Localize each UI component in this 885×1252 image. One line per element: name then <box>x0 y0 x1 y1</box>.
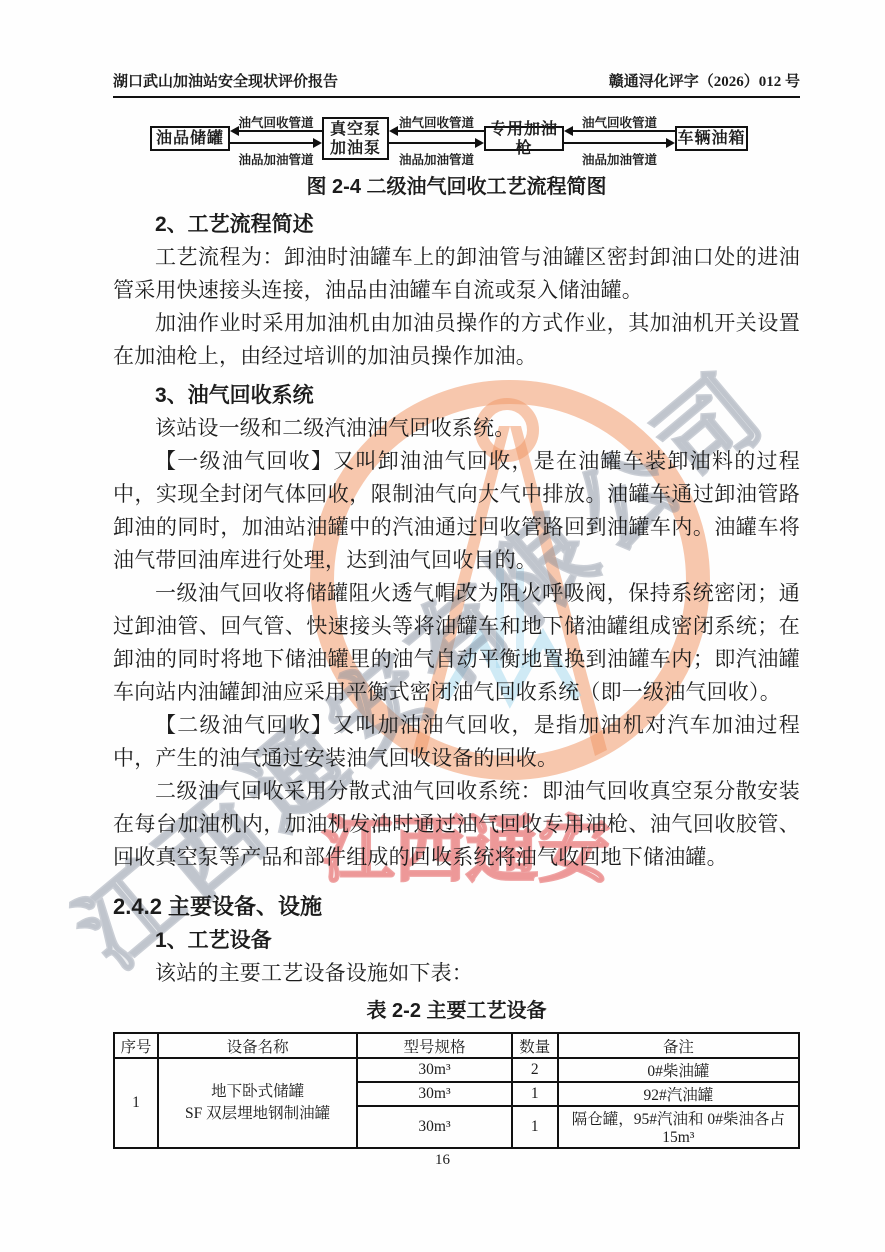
heading-vapor-recovery-system: 3、油气回收系统 <box>113 379 800 412</box>
col-header-qty: 数量 <box>512 1033 558 1058</box>
diagram-box-vehicle-tank: 车辆油箱 <box>675 126 748 151</box>
equipment-name-line1: 地下卧式储罐 <box>161 1081 354 1103</box>
arrow-left-icon <box>230 127 322 135</box>
paragraph: 【二级油气回收】又叫加油油气回收，是指加油机对汽车加油过程中，产生的油气通过安装… <box>113 709 800 775</box>
cell-equipment-name: 地下卧式储罐 SF 双层埋地钢制油罐 <box>158 1058 357 1148</box>
header-document-number: 赣通浔化评字（2026）012 号 <box>609 70 800 91</box>
page-header: 湖口武山加油站安全现状评价报告 赣通浔化评字（2026）012 号 <box>113 70 800 98</box>
cell-note: 0#柴油罐 <box>558 1058 799 1082</box>
cell-qty: 1 <box>512 1082 558 1106</box>
arrow-right-icon <box>230 139 322 147</box>
paragraph: 一级油气回收将储罐阻火透气帽改为阻火呼吸阀，保持系统密闭；通过卸油管、回气管、快… <box>113 577 800 709</box>
col-header-seq: 序号 <box>114 1033 158 1058</box>
paragraph: 该站的主要工艺设备设施如下表： <box>113 957 800 990</box>
col-header-name: 设备名称 <box>158 1033 357 1058</box>
fuel-pipe-label: 油品加油管道 <box>230 150 322 168</box>
diagram-box-label: 车辆油箱 <box>677 129 745 148</box>
diagram-box-label: 专用加油枪 <box>486 120 562 158</box>
table-caption: 表 2-2 主要工艺设备 <box>113 996 800 1026</box>
diagram-connector-1: 油气回收管道 油品加油管道 <box>230 112 322 170</box>
document-page: 江西通安有限公司 江西通安 湖口武山加油站安全现状评价报告 赣通浔化评字（202… <box>0 0 885 1252</box>
paragraph: 二级油气回收采用分散式油气回收系统：即油气回收真空泵分散安装在每台加油机内，加油… <box>113 775 800 874</box>
cell-qty: 2 <box>512 1058 558 1082</box>
equipment-table: 序号 设备名称 型号规格 数量 备注 1 地下卧式储罐 SF 双层埋地钢制油罐 … <box>113 1032 800 1149</box>
fuel-pipe-label: 油品加油管道 <box>564 150 675 168</box>
diagram-box-fuel-gun: 专用加油枪 <box>484 126 564 151</box>
paragraph: 工艺流程为：卸油时油罐车上的卸油管与油罐区密封卸油口处的进油管采用快速接头连接，… <box>113 241 800 307</box>
cell-qty: 1 <box>512 1106 558 1148</box>
arrow-right-icon <box>564 139 675 147</box>
col-header-note: 备注 <box>558 1033 799 1058</box>
cell-note: 隔仓罐，95#汽油和 0#柴油各占 15m³ <box>558 1106 799 1148</box>
cell-spec: 30m³ <box>357 1106 512 1148</box>
paragraph: 加油作业时采用加油机由加油员操作的方式作业，其加油机开关设置在加油枪上，由经过培… <box>113 307 800 373</box>
arrow-left-icon <box>564 127 675 135</box>
equipment-name-line2: SF 双层埋地钢制油罐 <box>161 1103 354 1125</box>
document-body: 图 2-4 二级油气回收工艺流程简图 2、工艺流程简述 工艺流程为：卸油时油罐车… <box>113 172 800 1149</box>
diagram-box-oil-storage-tank: 油品储罐 <box>150 126 230 151</box>
cell-note: 92#汽油罐 <box>558 1082 799 1106</box>
paragraph: 该站设一级和二级汽油油气回收系统。 <box>113 412 800 445</box>
flow-diagram: 油品储罐 油气回收管道 油品加油管道 真空泵 加油泵 油气回收管道 油品加油管道… <box>113 112 800 170</box>
arrow-left-icon <box>389 127 484 135</box>
paragraph: 【一级油气回收】又叫卸油油气回收，是在油罐车装卸油料的过程中，实现全封闭气体回收… <box>113 445 800 577</box>
fuel-pipe-label: 油品加油管道 <box>389 150 484 168</box>
diagram-box-label: 真空泵 <box>330 120 381 139</box>
figure-caption: 图 2-4 二级油气回收工艺流程简图 <box>113 172 800 202</box>
page-number: 16 <box>0 1152 885 1169</box>
cell-seq: 1 <box>114 1058 158 1148</box>
heading-process-equipment: 1、工艺设备 <box>113 924 800 957</box>
heading-process-description: 2、工艺流程简述 <box>113 208 800 241</box>
heading-main-equipment: 2.4.2 主要设备、设施 <box>113 890 800 924</box>
diagram-box-label: 加油泵 <box>330 139 381 158</box>
cell-spec: 30m³ <box>357 1082 512 1106</box>
diagram-box-label: 油品储罐 <box>156 129 224 148</box>
arrow-right-icon <box>389 139 484 147</box>
diagram-connector-3: 油气回收管道 油品加油管道 <box>564 112 675 170</box>
col-header-spec: 型号规格 <box>357 1033 512 1058</box>
table-header-row: 序号 设备名称 型号规格 数量 备注 <box>114 1033 799 1058</box>
header-report-title: 湖口武山加油站安全现状评价报告 <box>113 70 338 91</box>
cell-spec: 30m³ <box>357 1058 512 1082</box>
table-row: 1 地下卧式储罐 SF 双层埋地钢制油罐 30m³ 2 0#柴油罐 <box>114 1058 799 1082</box>
diagram-connector-2: 油气回收管道 油品加油管道 <box>389 112 484 170</box>
diagram-box-vacuum-pump: 真空泵 加油泵 <box>322 117 389 160</box>
